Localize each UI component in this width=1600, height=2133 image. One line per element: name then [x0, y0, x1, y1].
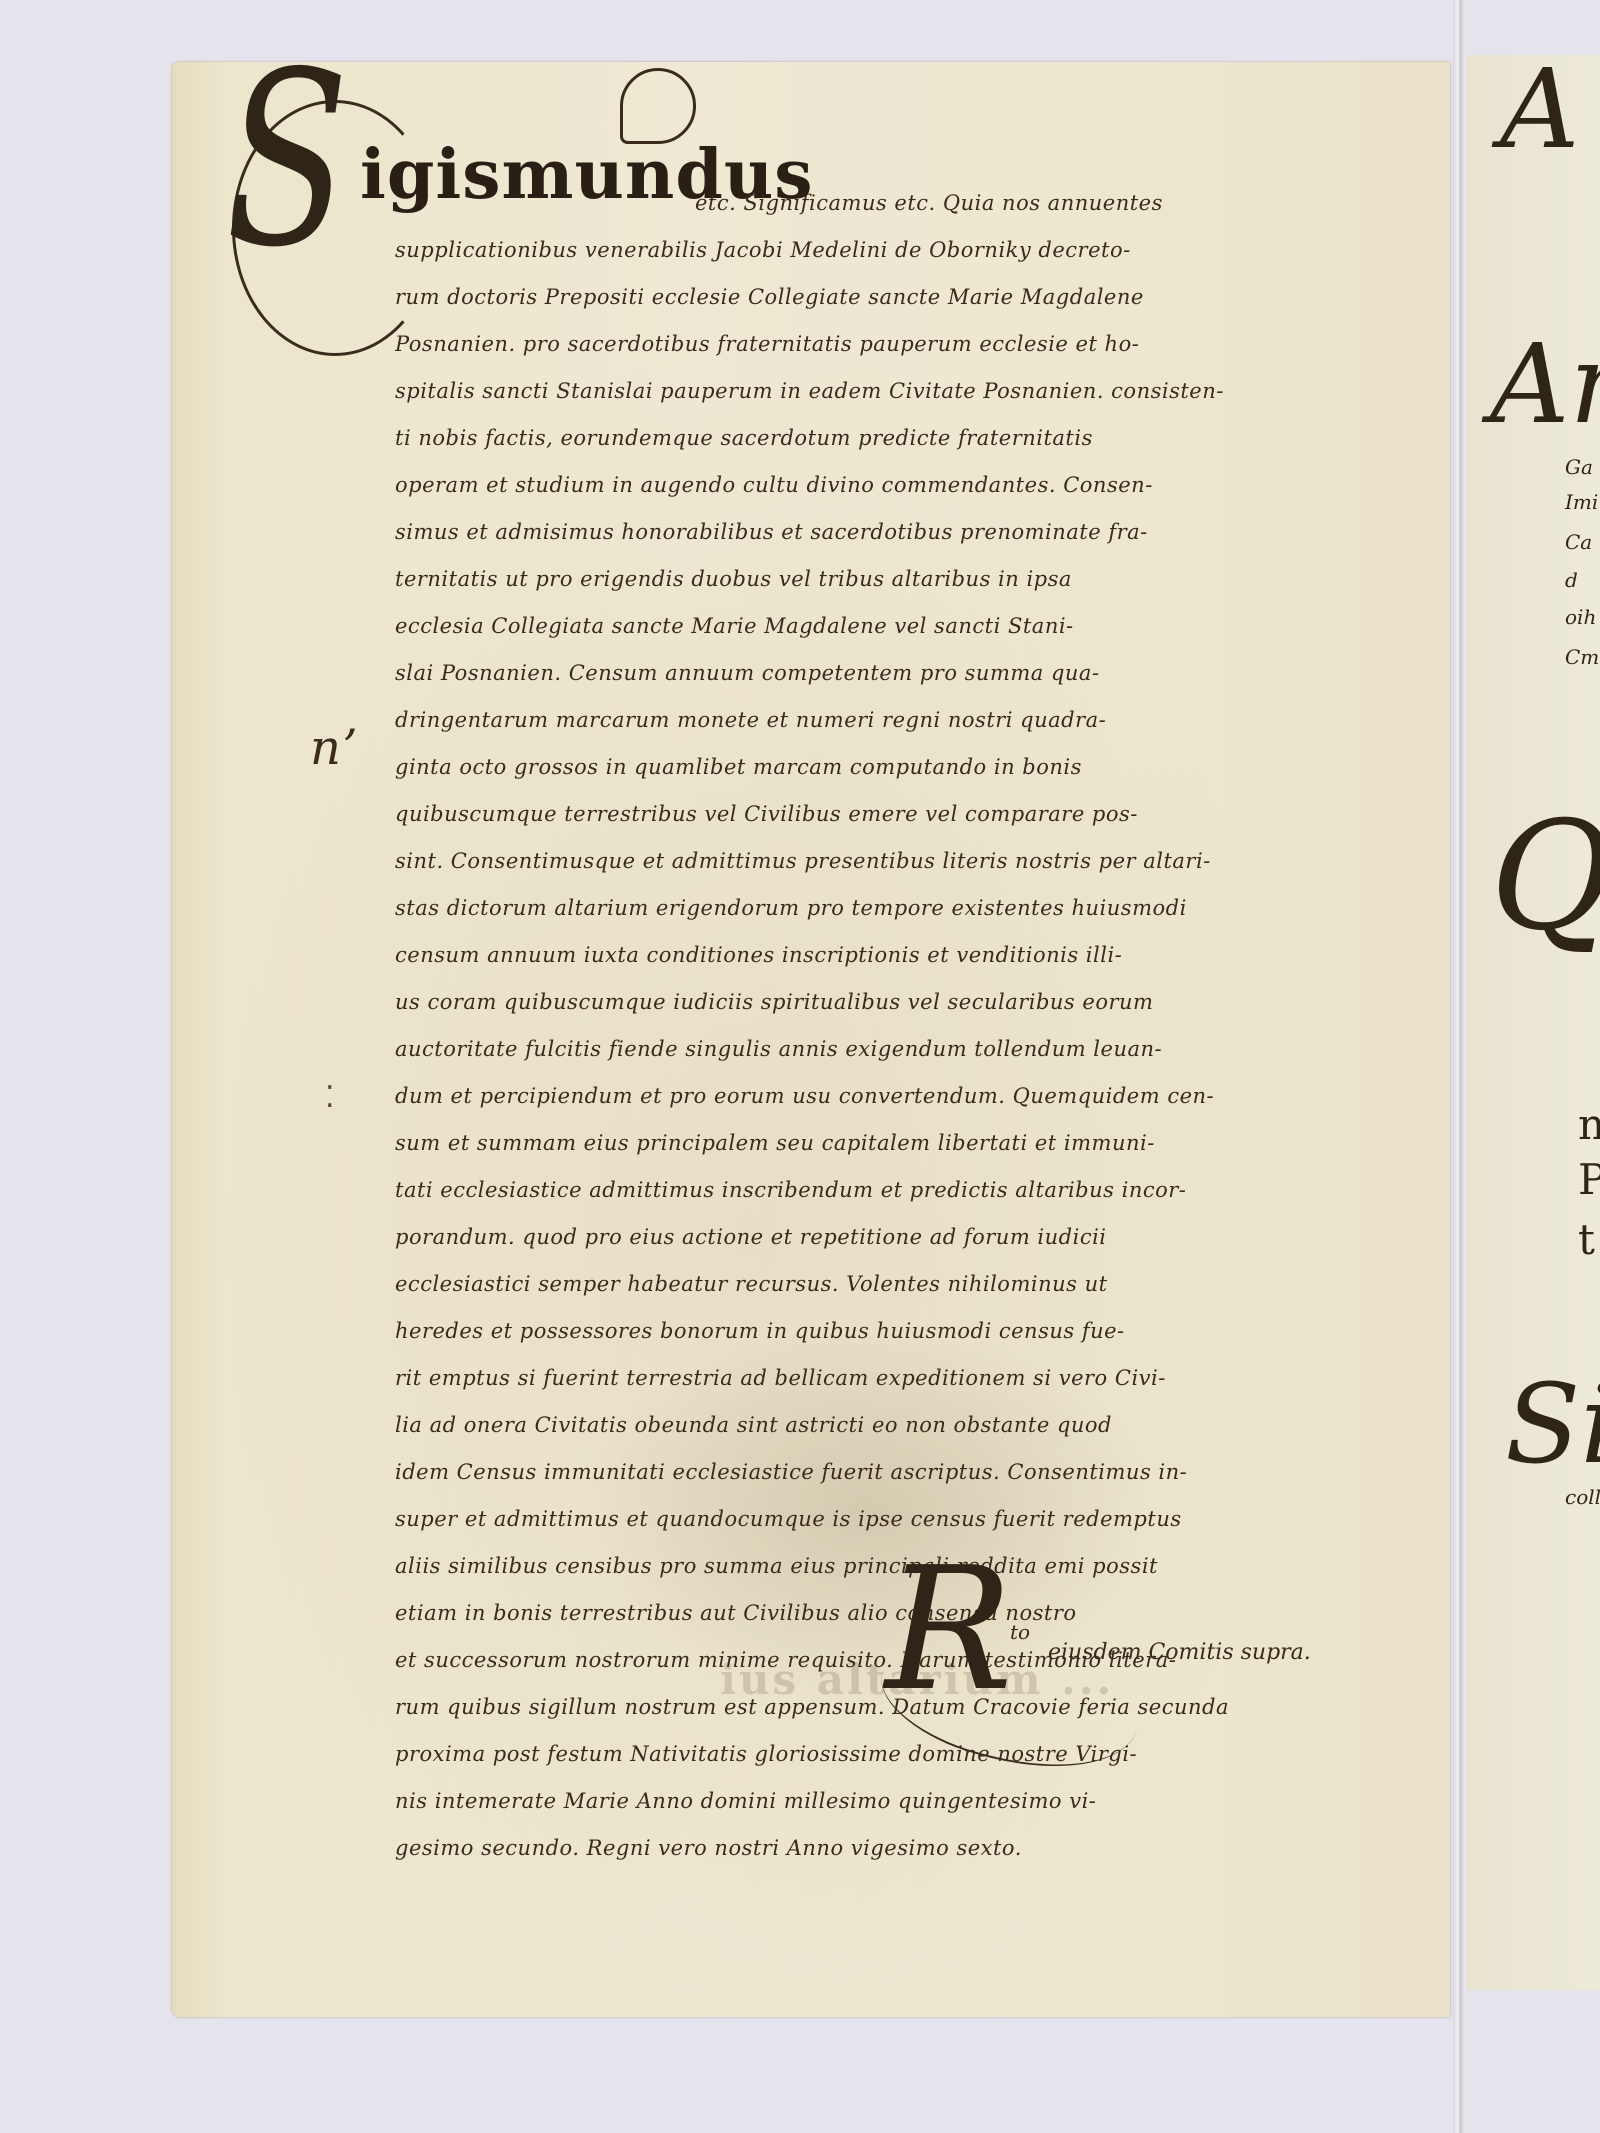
signature-superscript: to	[1010, 1620, 1030, 1644]
signature-initial: R	[885, 1545, 1013, 1715]
text-line: spitalis sancti Stanislai pauperum in ea…	[395, 368, 1385, 415]
text-line: Posnanien. pro sacerdotibus fraternitati…	[395, 321, 1385, 368]
text-line: stas dictorum altarium erigendorum pro t…	[395, 885, 1385, 932]
facing-fragment: Ga	[1565, 455, 1593, 479]
text-line: nis intemerate Marie Anno domini millesi…	[395, 1778, 1385, 1825]
text-line: operam et studium in augendo cultu divin…	[395, 462, 1385, 509]
facing-initial: A	[1500, 45, 1579, 173]
margin-note: nʼ	[310, 720, 356, 776]
text-line: ecclesiastici semper habeatur recursus. …	[395, 1261, 1385, 1308]
text-line: rit emptus si fuerint terrestria ad bell…	[395, 1355, 1385, 1402]
facing-fragment: P	[1578, 1155, 1600, 1204]
text-line: etc. Significamus etc. Quia nos annuente…	[395, 180, 1385, 227]
text-line: idem Census immunitati ecclesiastice fue…	[395, 1449, 1385, 1496]
text-line: sint. Consentimusque et admittimus prese…	[395, 838, 1385, 885]
facing-fragment: colle	[1565, 1485, 1600, 1509]
text-line: dringentarum marcarum monete et numeri r…	[395, 697, 1385, 744]
book-spine	[1453, 0, 1465, 2133]
facing-fragment: Ca	[1565, 530, 1592, 554]
signature-text: eiusdem Comitis supra.	[1048, 1640, 1311, 1665]
text-line: auctoritate fulcitis fiende singulis ann…	[395, 1026, 1385, 1073]
ascender-flourish	[620, 68, 696, 144]
text-line: censum annuum iuxta conditiones inscript…	[395, 932, 1385, 979]
text-line: ti nobis factis, eorundemque sacerdotum …	[395, 415, 1385, 462]
text-line: ginta octo grossos in quamlibet marcam c…	[395, 744, 1385, 791]
text-line: slai Posnanien. Censum annuum competente…	[395, 650, 1385, 697]
text-line: proxima post festum Nativitatis gloriosi…	[395, 1731, 1385, 1778]
facing-initial: Sig	[1505, 1360, 1600, 1488]
text-line: porandum. quod pro eius actione et repet…	[395, 1214, 1385, 1261]
facing-fragment: Imi	[1565, 490, 1598, 514]
facing-fragment: n	[1578, 1100, 1600, 1149]
facing-fragment: t	[1578, 1215, 1595, 1264]
text-line: quibuscumque terrestribus vel Civilibus …	[395, 791, 1385, 838]
text-line: ecclesia Collegiata sancte Marie Magdale…	[395, 603, 1385, 650]
text-line: sum et summam eius principalem seu capit…	[395, 1120, 1385, 1167]
text-line: rum doctoris Prepositi ecclesie Collegia…	[395, 274, 1385, 321]
text-line: supplicationibus venerabilis Jacobi Mede…	[395, 227, 1385, 274]
facing-fragment: Cm	[1565, 645, 1599, 669]
text-line: lia ad onera Civitatis obeunda sint astr…	[395, 1402, 1385, 1449]
facing-fragment: d	[1565, 568, 1578, 592]
text-line: tati ecclesiastice admittimus inscribend…	[395, 1167, 1385, 1214]
decorated-initial: S	[226, 40, 349, 280]
text-line: dum et percipiendum et pro eorum usu con…	[395, 1073, 1385, 1120]
text-line: simus et admisimus honorabilibus et sace…	[395, 509, 1385, 556]
margin-marks: ⁚	[325, 1080, 335, 1115]
text-line: heredes et possessores bonorum in quibus…	[395, 1308, 1385, 1355]
text-line: ternitatis ut pro erigendis duobus vel t…	[395, 556, 1385, 603]
facing-initial: Am	[1490, 320, 1600, 448]
facing-initial: Q	[1490, 790, 1600, 964]
text-line: gesimo secundo. Regni vero nostri Anno v…	[395, 1825, 1385, 1872]
facing-fragment: oih	[1565, 605, 1596, 629]
text-line: us coram quibuscumque iudiciis spiritual…	[395, 979, 1385, 1026]
